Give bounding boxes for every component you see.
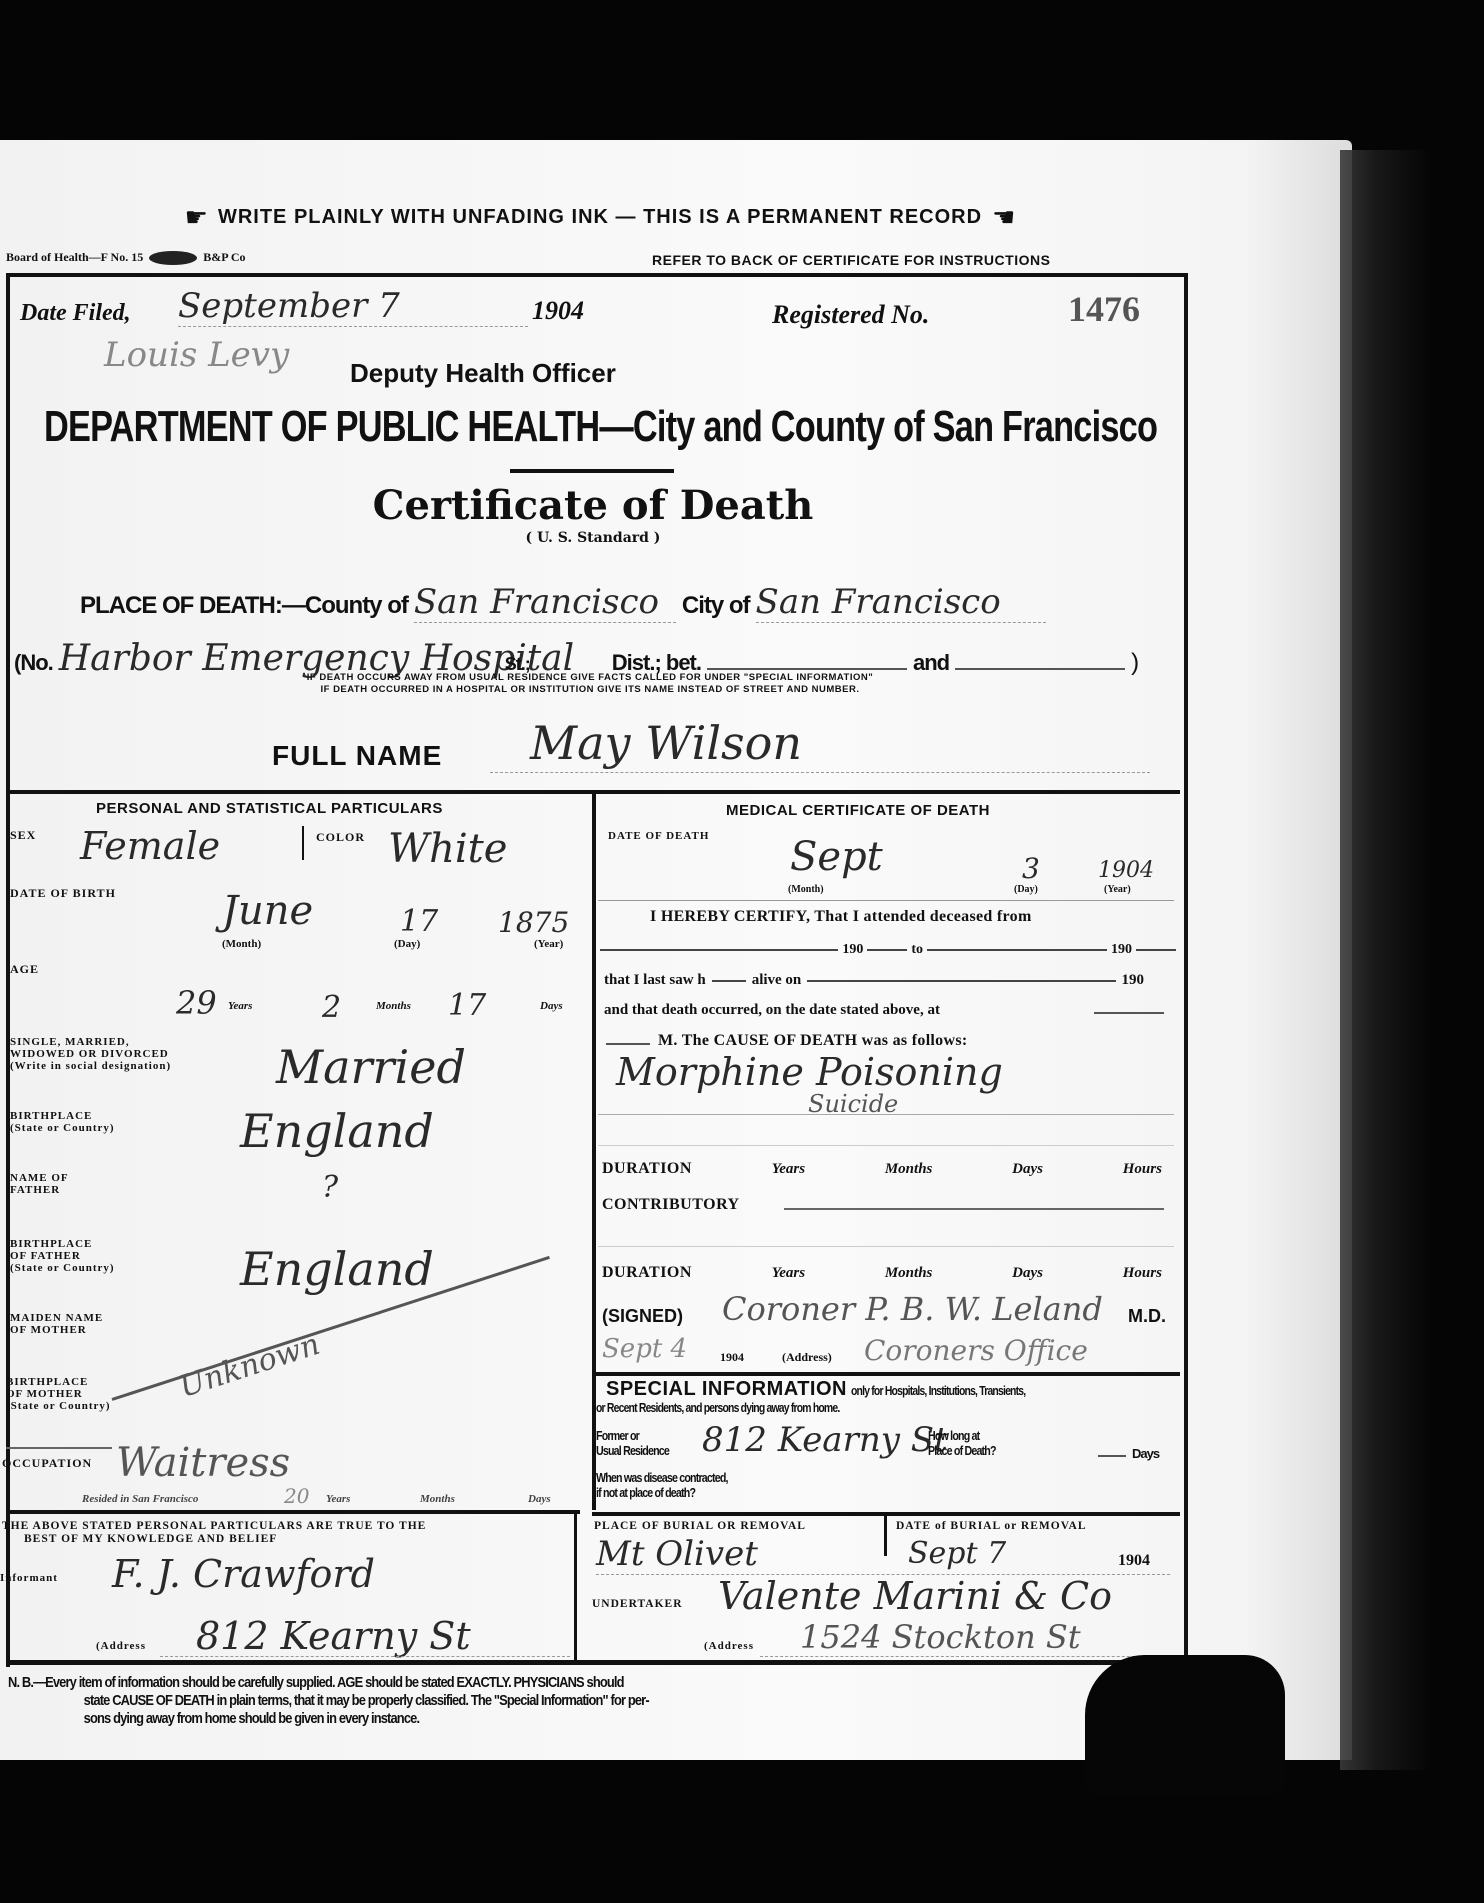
marital-label: SINGLE, MARRIED, WIDOWED OR DIVORCED (Wr… bbox=[10, 1036, 171, 1072]
department-title: DEPARTMENT OF PUBLIC HEALTH—City and Cou… bbox=[44, 402, 1144, 452]
date-filed-label: Date Filed, bbox=[20, 300, 131, 327]
signed-date-value: Sept 4 bbox=[602, 1334, 687, 1364]
resided-years-value: 20 bbox=[284, 1484, 309, 1508]
dod-year: 1904 bbox=[1098, 858, 1154, 883]
instruction-banner: ☛ WRITE PLAINLY WITH UNFADING INK — THIS… bbox=[60, 204, 1140, 230]
father-birthplace-value: England bbox=[240, 1242, 434, 1296]
duration-row-2: DURATION Years Months Days Hours bbox=[602, 1264, 1162, 1282]
dod-month: Sept bbox=[790, 834, 883, 880]
page-edge-shadow bbox=[1340, 150, 1430, 1770]
officer-signature: Louis Levy bbox=[104, 335, 289, 375]
pointing-hand-icon: ☛ bbox=[185, 204, 208, 230]
informant-statement: THE ABOVE STATED PERSONAL PARTICULARS AR… bbox=[2, 1520, 426, 1546]
marital-value: Married bbox=[276, 1040, 466, 1094]
city-value: San Francisco bbox=[756, 582, 1046, 623]
date-filed-year: 1904 bbox=[532, 296, 584, 326]
cause-text: M. The CAUSE OF DEATH was as follows: bbox=[658, 1032, 968, 1050]
undertaker-value: Valente Marini & Co bbox=[718, 1574, 1112, 1618]
dob-year: 1875 bbox=[498, 906, 569, 939]
duration-row-1: DURATION Years Months Days Hours bbox=[602, 1160, 1162, 1178]
signed-by-value: Coroner P. B. W. Leland bbox=[722, 1290, 1103, 1328]
color-value: White bbox=[388, 826, 507, 872]
signer-address-value: Coroners Office bbox=[864, 1334, 1088, 1367]
certificate-subtitle: ( U. S. Standard ) bbox=[0, 530, 1186, 546]
age-days: 17 bbox=[448, 988, 486, 1023]
father-name-value: ? bbox=[322, 1170, 338, 1205]
burial-date-value: Sept 7 bbox=[908, 1536, 1006, 1571]
date-filed-value: September 7 bbox=[178, 286, 400, 326]
printer-seal-icon bbox=[149, 251, 197, 265]
age-years: 29 bbox=[176, 984, 217, 1022]
informant-name-value: F. J. Crawford bbox=[112, 1552, 375, 1596]
cause-line-1: Morphine Poisoning bbox=[616, 1050, 1003, 1094]
county-value: San Francisco bbox=[414, 582, 676, 623]
dob-day: 17 bbox=[400, 904, 438, 939]
thumb-shadow bbox=[1085, 1655, 1285, 1795]
personal-heading: PERSONAL AND STATISTICAL PARTICULARS bbox=[96, 800, 443, 817]
medical-heading: MEDICAL CERTIFICATE OF DEATH bbox=[726, 802, 990, 819]
age-months: 2 bbox=[322, 990, 341, 1025]
footer-note: N. B.—Every item of information should b… bbox=[8, 1674, 649, 1728]
certify-text: I HEREBY CERTIFY, That I attended deceas… bbox=[650, 908, 1032, 926]
undertaker-address-value: 1524 Stockton St bbox=[800, 1618, 1081, 1656]
signed-label: (SIGNED) bbox=[602, 1306, 683, 1327]
usual-residence-value: 812 Kearny St bbox=[702, 1420, 948, 1460]
dod-day: 3 bbox=[1022, 852, 1040, 885]
refer-note: REFER TO BACK OF CERTIFICATE FOR INSTRUC… bbox=[652, 252, 1050, 268]
full-name-value: May Wilson bbox=[530, 716, 802, 770]
burial-place-value: Mt Olivet bbox=[596, 1534, 758, 1574]
officer-title: Deputy Health Officer bbox=[350, 358, 616, 389]
form-number: Board of Health—F No. 15 B&P Co bbox=[6, 250, 246, 265]
registered-label: Registered No. bbox=[772, 300, 929, 330]
full-name-label: FULL NAME bbox=[272, 740, 442, 772]
special-info-heading: SPECIAL INFORMATION only for Hospitals, … bbox=[606, 1378, 1069, 1401]
informant-address-value: 812 Kearny St bbox=[196, 1614, 471, 1658]
place-of-death-row: PLACE OF DEATH:—County of San Francisco … bbox=[80, 582, 1046, 623]
sex-value: Female bbox=[80, 824, 220, 868]
registered-number: 1476 bbox=[1068, 288, 1140, 330]
pointing-hand-left-icon: ☛ bbox=[992, 204, 1015, 230]
certificate-title: Certificate of Death bbox=[0, 482, 1186, 529]
place-of-death-note: IF DEATH OCCURS AWAY FROM USUAL RESIDENC… bbox=[150, 672, 1030, 696]
dob-month: June bbox=[222, 888, 313, 934]
md-label: M.D. bbox=[1128, 1306, 1166, 1327]
occupation-value: Waitress bbox=[116, 1440, 290, 1486]
birthplace-value: England bbox=[240, 1104, 434, 1158]
